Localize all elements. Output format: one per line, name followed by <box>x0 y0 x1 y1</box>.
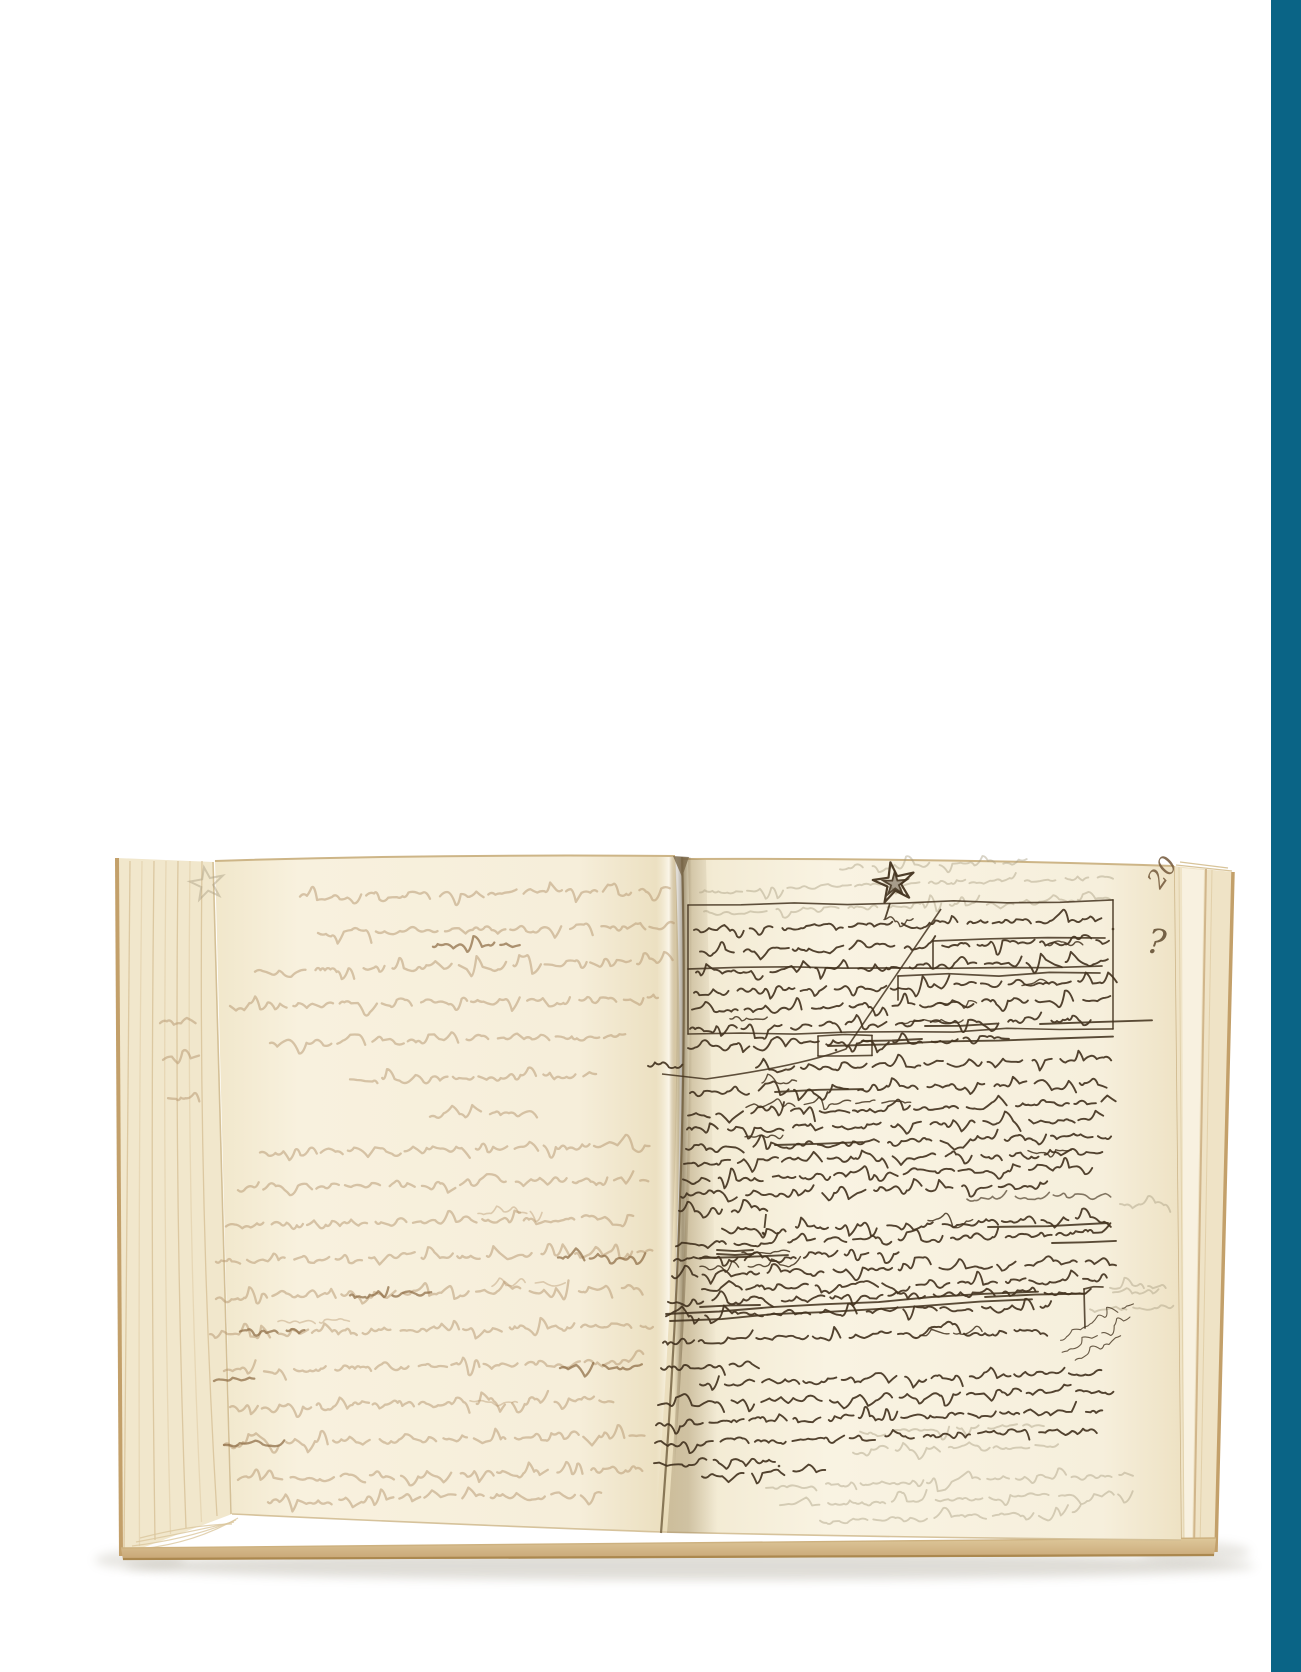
manuscript-photo: ?20 <box>0 0 1301 1672</box>
right-fore-edge <box>1174 862 1233 1552</box>
photo-canvas: ?20 <box>0 0 1301 1672</box>
catalog-edge-band <box>1271 0 1301 1672</box>
